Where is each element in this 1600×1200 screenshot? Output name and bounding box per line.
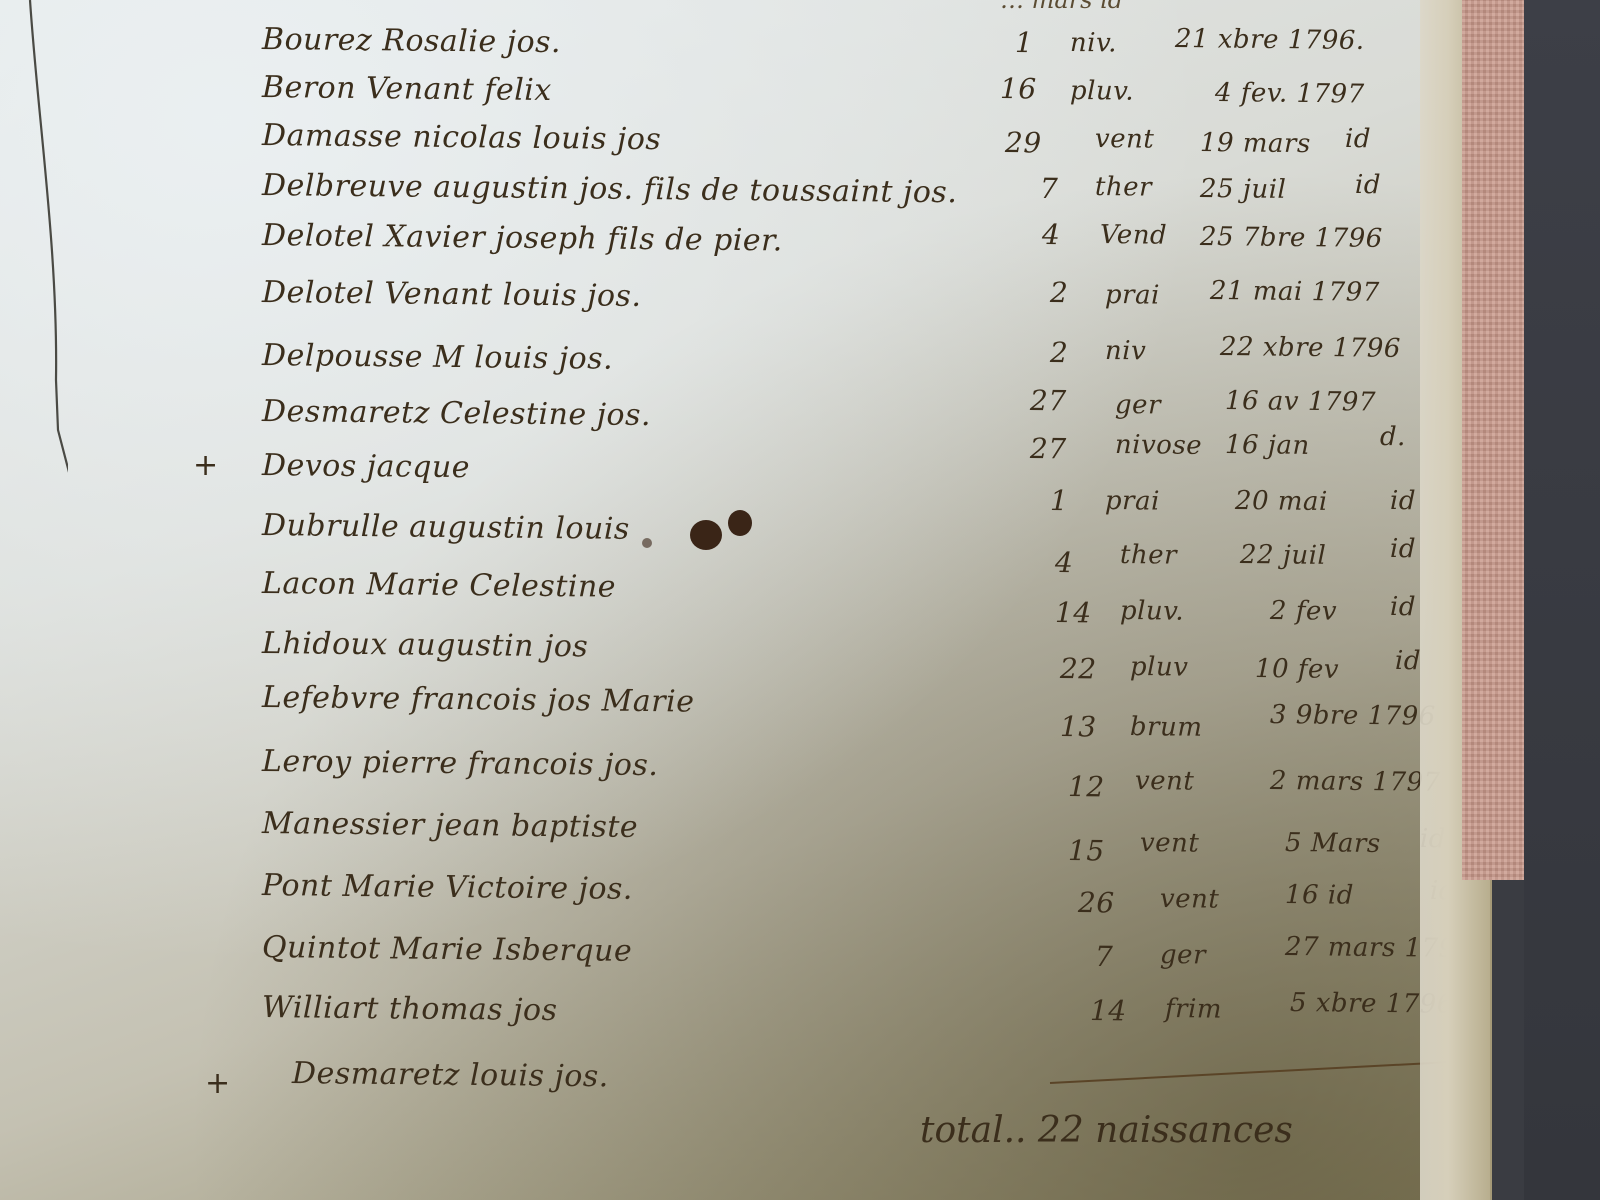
entry-rev-month: nivose xyxy=(1115,430,1202,461)
entry-greg-date: 3 9bre 1796 xyxy=(1270,700,1436,732)
entry-name: Delpousse M louis jos. xyxy=(262,338,613,377)
entry-rev-month: Vend xyxy=(1100,220,1167,251)
entry-greg-date: 25 7bre 1796 xyxy=(1200,222,1383,254)
entry-name: Bourez Rosalie jos. xyxy=(262,22,561,60)
entry-year-ditto: id xyxy=(1390,534,1416,564)
dark-backdrop xyxy=(1524,0,1600,1200)
entry-name: Quintot Marie Isberque xyxy=(262,930,633,969)
entry-day: 29 xyxy=(1005,126,1042,159)
entry-greg-date: 22 juil xyxy=(1240,540,1327,571)
entry-name: Leroy pierre francois jos. xyxy=(262,744,659,783)
entry-rev-month: ger xyxy=(1160,940,1206,970)
entry-day: 27 xyxy=(1030,384,1067,417)
entry-greg-date: 2 fev xyxy=(1270,596,1337,627)
entry-name: Devos jacque xyxy=(262,448,470,485)
entry-greg-date: 21 xbre 1796. xyxy=(1175,24,1365,56)
entry-day: 22 xyxy=(1060,652,1097,685)
entry-rev-month: prai xyxy=(1105,280,1160,311)
entry-day: 4 xyxy=(1055,546,1074,579)
entry-greg-date: 19 mars xyxy=(1200,128,1311,159)
entry-greg-date: 5 Mars xyxy=(1285,828,1381,859)
entry-name: Beron Venant felix xyxy=(262,70,552,108)
ink-blot xyxy=(690,520,722,550)
entry-rev-month: pluv xyxy=(1130,652,1189,683)
entry-day: 4 xyxy=(1042,218,1061,251)
ink-blot xyxy=(642,538,652,548)
entry-name: Desmaretz Celestine jos. xyxy=(262,394,651,433)
entry-name: Delotel Xavier joseph fils de pier. xyxy=(262,218,783,258)
entry-day: 27 xyxy=(1030,432,1067,465)
entry-rev-month: vent xyxy=(1095,124,1155,155)
entry-greg-date: 4 fev. 1797 xyxy=(1215,78,1365,110)
entry-name: Delotel Venant louis jos. xyxy=(262,275,642,314)
entry-day: 14 xyxy=(1090,994,1127,1027)
entry-year-ditto: id xyxy=(1345,124,1371,154)
deceased-cross-mark: + xyxy=(205,1066,230,1101)
entry-name: Manessier jean baptiste xyxy=(262,806,639,845)
entry-rev-month: pluv. xyxy=(1070,76,1134,107)
entry-day: 2 xyxy=(1050,276,1069,309)
entry-year-ditto: id xyxy=(1390,592,1416,622)
margin-ruling-line xyxy=(28,0,68,480)
entry-name: Pont Marie Victoire jos. xyxy=(262,868,633,907)
entry-day: 26 xyxy=(1078,886,1115,919)
entry-day: 7 xyxy=(1040,172,1059,205)
entry-day: 15 xyxy=(1068,834,1105,867)
entry-greg-date: 21 mai 1797 xyxy=(1210,276,1380,308)
entry-greg-date: 20 mai xyxy=(1235,486,1328,517)
entry-name: Damasse nicolas louis jos xyxy=(262,118,662,157)
total-underline-rule xyxy=(1050,1058,1480,1084)
entry-name: Williart thomas jos xyxy=(262,990,558,1028)
entry-day: 7 xyxy=(1095,940,1114,973)
entry-year-ditto: d. xyxy=(1380,422,1406,452)
entry-year-ditto: id xyxy=(1390,486,1416,516)
entry-greg-date: 16 id xyxy=(1285,880,1354,911)
entry-rev-month: niv xyxy=(1105,336,1147,366)
entry-name: Lefebvre francois jos Marie xyxy=(262,680,695,720)
entry-rev-month: brum xyxy=(1130,712,1203,743)
entry-greg-date: 25 juil xyxy=(1200,174,1287,205)
entry-name: Dubrulle augustin louis xyxy=(262,508,630,547)
entry-greg-date: 22 xbre 1796 xyxy=(1220,332,1401,364)
ink-blot xyxy=(728,510,752,536)
entry-rev-month: niv. xyxy=(1070,28,1117,58)
entry-day: 14 xyxy=(1055,596,1092,629)
entry-greg-date: 2 mars 1797 xyxy=(1270,766,1441,798)
entry-greg-date: 16 av 1797 xyxy=(1225,386,1376,418)
entry-name: Lacon Marie Celestine xyxy=(262,566,616,605)
entry-name: Lhidoux augustin jos xyxy=(262,626,589,664)
entry-day: 1 xyxy=(1050,484,1069,517)
total-births: total.. 22 naissances xyxy=(920,1110,1293,1151)
entry-greg-date: 16 jan xyxy=(1225,430,1310,461)
entry-rev-month: ger xyxy=(1115,390,1161,420)
cloth-binding xyxy=(1462,0,1526,880)
entry-day: 1 xyxy=(1015,26,1034,59)
entry-rev-month: ther xyxy=(1095,172,1152,203)
entry-day: 12 xyxy=(1068,770,1105,803)
entry-rev-month: vent xyxy=(1160,884,1220,915)
entry-greg-date: 10 fev xyxy=(1255,654,1339,685)
entry-year-ditto: id xyxy=(1355,170,1381,200)
entry-day: 16 xyxy=(1000,72,1037,105)
top-fragment-text: … mars id xyxy=(1000,0,1123,14)
entry-rev-month: frim xyxy=(1165,994,1222,1025)
deceased-cross-mark: + xyxy=(193,448,218,483)
entry-rev-month: vent xyxy=(1135,766,1195,797)
entry-day: 2 xyxy=(1050,336,1069,369)
entry-year-ditto: id xyxy=(1395,646,1421,676)
entry-rev-month: vent xyxy=(1140,828,1200,859)
entry-day: 13 xyxy=(1060,710,1097,743)
entry-name: Desmaretz louis jos. xyxy=(292,1056,609,1094)
register-page: … mars id Bourez Rosalie jos. 1 niv. 21 … xyxy=(0,0,1480,1200)
entry-rev-month: prai xyxy=(1105,486,1160,517)
entry-rev-month: ther xyxy=(1120,540,1177,571)
entry-name: Delbreuve augustin jos. fils de toussain… xyxy=(262,168,958,210)
entry-rev-month: pluv. xyxy=(1120,596,1184,627)
